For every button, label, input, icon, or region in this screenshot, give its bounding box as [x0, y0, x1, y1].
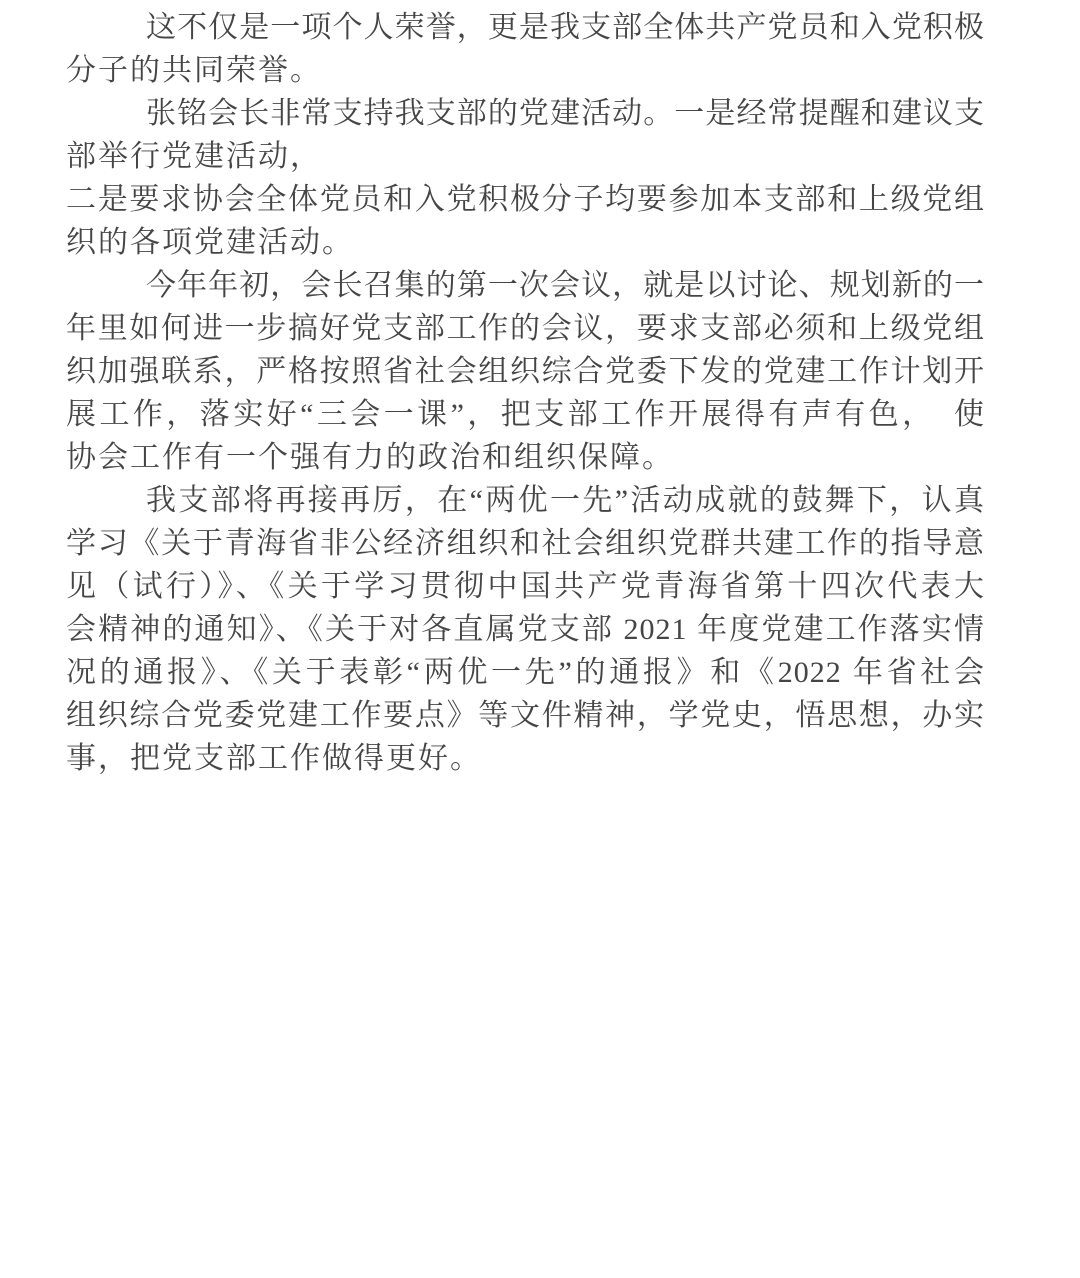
document-page: 这不仅是一项个人荣誉，更是我支部全体共产党员和入党积极 分子的共同荣誉。 张铭会…: [0, 0, 1080, 1278]
text-line: 张铭会长非常支持我支部的党建活动。一是经常提醒和建议支: [66, 92, 985, 135]
text-line: 织加强联系，严格按照省社会组织综合党委下发的党建工作计划开: [66, 350, 985, 393]
text-line: 年里如何进一步搞好党支部工作的会议，要求支部必须和上级党组: [66, 307, 985, 350]
text-line: 事，把党支部工作做得更好。: [66, 737, 985, 780]
text-line: 组织综合党委党建工作要点》等文件精神，学党史，悟思想，办实: [66, 694, 985, 737]
text-line: 会精神的通知》、《关于对各直属党支部 2021 年度党建工作落实情: [66, 608, 985, 651]
text-line: 展工作，落实好“三会一课”，把支部工作开展得有声有色， 使: [66, 393, 985, 436]
text-line: 见（试行）》、《关于学习贯彻中国共产党青海省第十四次代表大: [66, 565, 985, 608]
text-line: 分子的共同荣誉。: [66, 49, 985, 92]
text-line: 部举行党建活动，: [66, 135, 985, 178]
text-line: 我支部将再接再厉，在“两优一先”活动成就的鼓舞下，认真: [66, 479, 985, 522]
text-line: 二是要求协会全体党员和入党积极分子均要参加本支部和上级党组: [66, 178, 985, 221]
text-line: 学习《关于青海省非公经济组织和社会组织党群共建工作的指导意: [66, 522, 985, 565]
text-line: 织的各项党建活动。: [66, 221, 985, 264]
text-line: 况的通报》、《关于表彰“两优一先”的通报》和《2022 年省社会: [66, 651, 985, 694]
text-line: 这不仅是一项个人荣誉，更是我支部全体共产党员和入党积极: [66, 6, 985, 49]
text-line: 今年年初，会长召集的第一次会议，就是以讨论、规划新的一: [66, 264, 985, 307]
text-line: 协会工作有一个强有力的政治和组织保障。: [66, 436, 985, 479]
